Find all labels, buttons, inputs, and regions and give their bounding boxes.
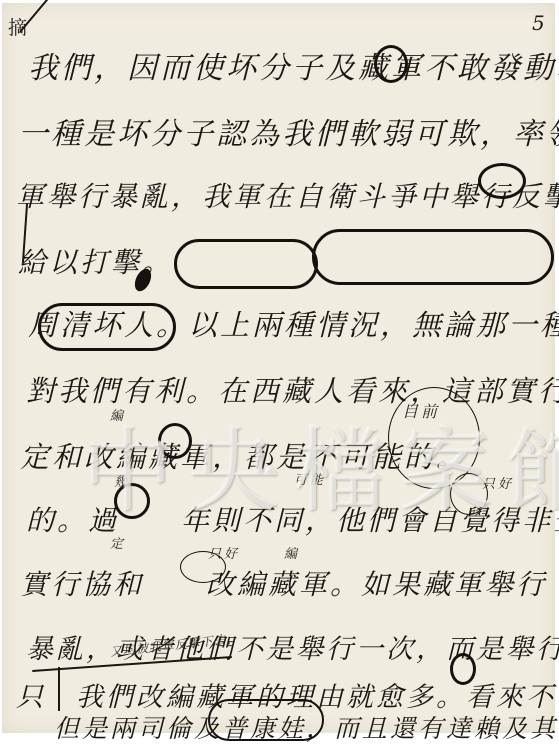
text-line-10: 暴亂，或者他們不是舉行一次，而是舉行幾次， [26,627,559,666]
text-line-5: 周清坏人。以上兩種情況，無論那一種都 [28,303,559,344]
text-line-12: 但是兩司倫及普康娃，而且還有達賴及其 [54,709,558,736]
text-line-7: 定和改編藏軍，都是不可能的。 [20,435,468,476]
note-ji: 幾 [114,471,130,490]
note-bian-2: 編 [284,543,300,562]
text-line-2: 一種是坏分子認為我們軟弱可欺，率領藏 [18,109,559,153]
text-line-3: 軍舉行暴亂，我軍在自衛斗爭中舉行反擊，改 [16,175,559,215]
note-muqian: 目前 [402,399,440,422]
page-number: 5 [532,11,545,35]
note-zhihao-1: 只好 [482,473,514,492]
oval-wulun [174,239,318,289]
text-line-6: 對我們有利。在西藏人看來，這部實行協 [26,369,559,410]
oval-yihou [312,229,554,285]
text-line-1: 我們，因而使坏分子及藏軍不敢發動暴亂。 [28,43,559,87]
note-zhihao-2: 只好 [208,543,240,562]
note-ding: 定 [110,533,126,552]
text-line-9: 實行協和 改編藏軍。如果藏軍舉行 [20,563,547,603]
manuscript-page: 摘 5 我們，因而使坏分子及藏軍不敢發動暴亂。 一種是坏分子認為我們軟弱可欺，率… [2,3,555,733]
note-bian: 編 [110,405,126,424]
text-line-8: 的。過 年則不同，他們會自覺得非全部 [26,499,559,539]
insertion-bracket [58,667,60,711]
note-keneng: 可能 [294,469,326,488]
